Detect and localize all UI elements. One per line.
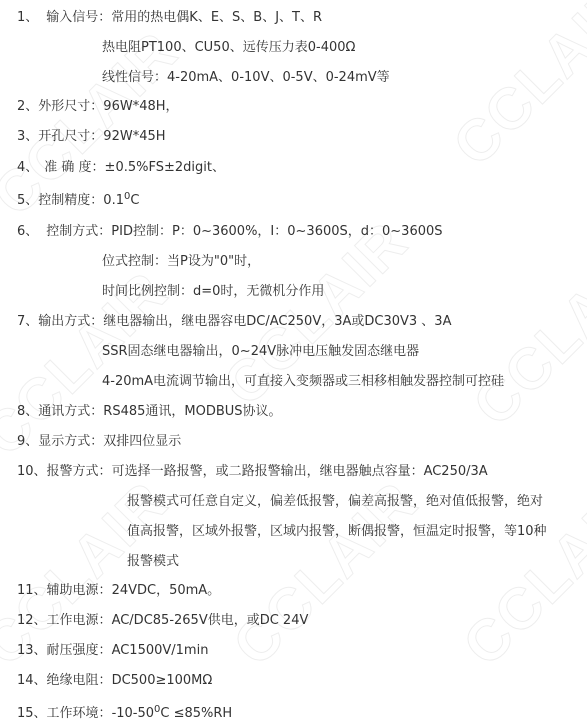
spec-unit: C ≤85%RH — [160, 706, 232, 721]
spec-item-7: 7、输出方式：继电器输出，继电器容电DC/AC250V，3A或DC30V3 、3… — [17, 314, 451, 330]
spec-value: 报警模式 — [127, 554, 179, 570]
spec-number: 2、 — [17, 99, 38, 114]
spec-value: SSR固态继电器输出，0~24V脉冲电压触发固态继电器 — [102, 344, 419, 360]
spec-number: 3、 — [17, 129, 38, 144]
spec-value: 值高报警，区域外报警，区域内报警，断偶报警，恒温定时报警，等10种 — [127, 524, 547, 540]
spec-number: 6、 — [17, 224, 38, 239]
spec-item-10: 10、报警方式：可选择一路报警，或二路报警输出，继电器触点容量：AC250/3A — [17, 464, 488, 480]
spec-item-11: 11、辅助电源：24VDC，50mA。 — [17, 583, 220, 599]
spec-number: 8、 — [17, 404, 38, 419]
spec-value: AC/DC85-265V供电，或DC 24V — [112, 613, 309, 628]
spec-value: 双排四位显示 — [103, 434, 181, 449]
spec-value: AC1500V/1min — [112, 643, 209, 658]
spec-value: 常用的热电偶K、E、S、B、J、T、R — [111, 10, 322, 25]
spec-label: 外形尺寸： — [38, 99, 103, 114]
spec-value: ±0.5%FS±2digit、 — [105, 160, 225, 175]
spec-value: 可选择一路报警，或二路报警输出，继电器触点容量：AC250/3A — [112, 464, 488, 479]
spec-item-15: 15、工作环境：-10-500C ≤85%RH — [17, 706, 232, 722]
spec-label: 耐压强度： — [47, 643, 112, 658]
spec-label: 通讯方式： — [38, 404, 103, 419]
spec-unit: C — [130, 193, 139, 208]
spec-value: 92W*45H — [103, 129, 165, 144]
spec-item-3: 3、开孔尺寸：92W*45H — [17, 129, 166, 145]
spec-label: 辅助电源： — [47, 583, 112, 598]
watermark: CCLAIR — [440, 0, 587, 179]
spec-item-4: 4、准 确 度：±0.5%FS±2digit、 — [17, 160, 225, 176]
spec-value: 时间比例控制：d=0时，无微机分作用 — [102, 284, 324, 300]
spec-label: 工作环境： — [47, 706, 112, 721]
spec-value: 继电器输出，继电器容电DC/AC250V，3A或DC30V3 、3A — [103, 314, 451, 329]
spec-item-14: 14、绝缘电阻：DC500≥100MΩ — [17, 673, 212, 689]
spec-label: 控制精度： — [38, 193, 103, 208]
spec-number: 1、 — [17, 10, 38, 25]
spec-number: 13、 — [17, 643, 47, 658]
watermark: CCLAIR — [460, 228, 587, 439]
spec-number: 4、 — [17, 160, 38, 175]
spec-number: 14、 — [17, 673, 47, 688]
spec-value: 线性信号：4-20mA、0-10V、0-5V、0-24mV等 — [102, 70, 390, 86]
spec-value: 24VDC，50mA。 — [112, 583, 221, 598]
spec-value: RS485通讯，MODBUS协议。 — [103, 404, 281, 419]
spec-item-12: 12、工作电源：AC/DC85-265V供电，或DC 24V — [17, 613, 308, 629]
spec-label: 控制方式： — [46, 224, 111, 239]
spec-number: 5、 — [17, 193, 38, 208]
spec-label: 准 确 度： — [44, 160, 104, 175]
spec-value: 0.1 — [103, 193, 124, 208]
spec-item-5: 5、控制精度：0.10C — [17, 193, 139, 209]
spec-label: 显示方式： — [38, 434, 103, 449]
spec-label: 工作电源： — [47, 613, 112, 628]
spec-label: 绝缘电阻： — [47, 673, 112, 688]
spec-number: 12、 — [17, 613, 47, 628]
spec-value: 4-20mA电流调节输出，可直接入变频器或三相移相触发器控制可控硅 — [102, 374, 504, 390]
spec-item-2: 2、外形尺寸：96W*48H， — [17, 99, 179, 115]
spec-number: 11、 — [17, 583, 47, 598]
spec-label: 输出方式： — [38, 314, 103, 329]
spec-label: 报警方式： — [47, 464, 112, 479]
spec-number: 7、 — [17, 314, 38, 329]
spec-item-13: 13、耐压强度：AC1500V/1min — [17, 643, 208, 659]
spec-value: -10-50 — [112, 706, 154, 721]
spec-number: 9、 — [17, 434, 38, 449]
spec-value: PID控制：P：0~3600%，I：0~3600S，d：0~3600S — [111, 224, 442, 239]
spec-item-9: 9、显示方式：双排四位显示 — [17, 434, 181, 450]
spec-label: 开孔尺寸： — [38, 129, 103, 144]
spec-value: DC500≥100MΩ — [112, 673, 213, 688]
spec-value: 报警模式可任意自定义，偏差低报警，偏差高报警，绝对值低报警，绝对 — [127, 494, 543, 510]
spec-item-8: 8、通讯方式：RS485通讯，MODBUS协议。 — [17, 404, 282, 420]
spec-value: 96W*48H， — [103, 99, 178, 114]
spec-number: 10、 — [17, 464, 47, 479]
spec-value: 位式控制：当P设为"0"时， — [102, 254, 260, 270]
spec-number: 15、 — [17, 706, 47, 721]
spec-value: 热电阻PT100、CU50、远传压力表0-400Ω — [102, 40, 355, 56]
spec-label: 输入信号： — [46, 10, 111, 25]
spec-item-1: 1、输入信号：常用的热电偶K、E、S、B、J、T、R — [17, 10, 322, 26]
spec-item-6: 6、控制方式：PID控制：P：0~3600%，I：0~3600S，d：0~360… — [17, 224, 443, 240]
